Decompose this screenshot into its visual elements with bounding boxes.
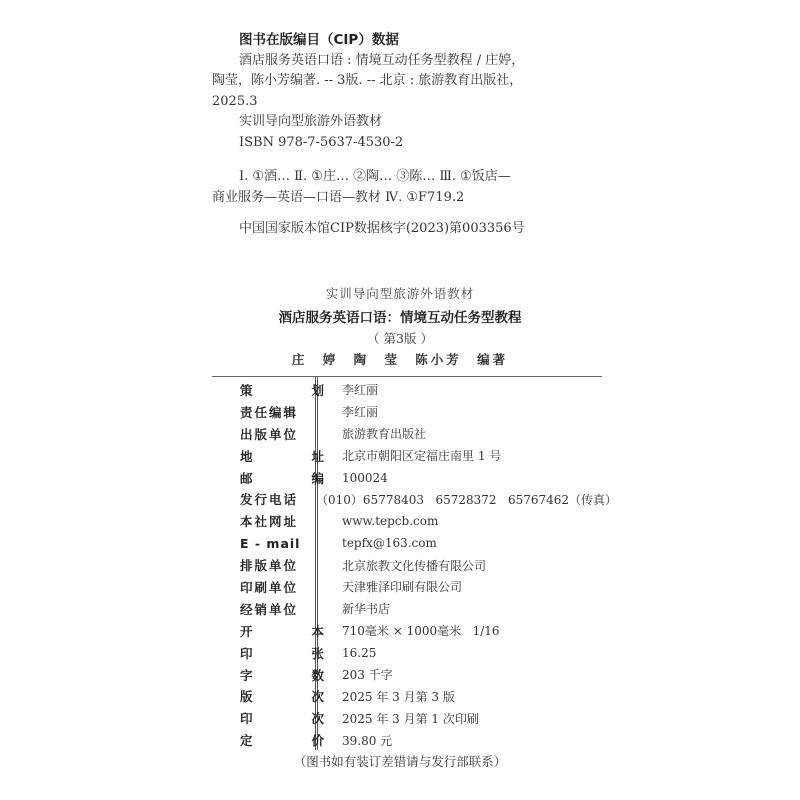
colophon-row-label: 责任编辑 [240,403,324,421]
colophon-label-part: 开 [240,622,253,640]
colophon-row-label: 邮编 [240,469,324,487]
cip-number: 中国国家版本馆CIP数据核字(2023)第003356号 [212,219,562,240]
colophon-row-label: 印次 [240,709,324,727]
colophon-row: 定价39.80 元 [212,729,602,751]
colophon-row: 印次2025 年 3 月第 1 次印刷 [212,707,602,729]
colophon-row-label: 发行电话 [240,490,298,508]
colophon-label-part: E - mail [240,536,300,551]
colophon-label-part: 发行电话 [240,490,298,508]
colophon-label-part: 印 [240,644,253,662]
colophon-label-part: 印 [240,709,253,727]
colophon-row-label: 出版单位 [240,425,324,443]
colophon-label-part: 排版单位 [240,556,298,574]
colophon-row: 地址北京市朝阳区定福庄南里 1 号 [212,445,602,467]
colophon-row: 排版单位北京旅教文化传播有限公司 [212,554,602,576]
colophon-label-part: 经销单位 [240,600,298,618]
colophon-label-part: 张 [311,644,324,662]
cip-isbn: ISBN 978-7-5637-4530-2 [212,133,562,154]
cip-entry-line-3: 2025.3 [212,92,562,113]
colophon-label-part: 价 [311,731,324,749]
colophon-row-label: 策划 [240,381,324,399]
colophon-row-value: 100024 [342,471,388,485]
colophon-row-value: 2025 年 3 月第 3 版 [342,688,455,705]
colophon-row: 发行电话（010）65778403 65728372 65767462（传真） [212,488,602,510]
cip-entry-line-2: 陶莹，陈小芳编著. -- 3版. -- 北京 : 旅游教育出版社， [212,71,562,92]
colophon-row-value: 旅游教育出版社 [342,425,426,442]
colophon-row: 印张16.25 [212,642,602,664]
colophon-row: 策划李红丽 [212,379,602,401]
colophon-row: 邮编100024 [212,467,602,489]
colophon-row-label: 经销单位 [240,600,324,618]
colophon-row-value: 16.25 [342,646,376,660]
colophon-row: 本社网址www.tepcb.com [212,510,602,532]
colophon-label-part: 版 [240,687,253,705]
table-top-rule [212,376,602,377]
colophon-label-part: 址 [311,447,324,465]
colophon-label-part: 地 [240,447,253,465]
colophon-label-part: 出版单位 [240,425,298,443]
colophon-row-label: 本社网址 [240,512,324,530]
colophon-label-part: 次 [311,709,324,727]
colophon-row-label: 地址 [240,447,324,465]
spacer [212,153,562,167]
colophon-label-part: 策 [240,381,253,399]
colophon-row-value: 2025 年 3 月第 1 次印刷 [342,710,479,727]
colophon-row-value: www.tepcb.com [342,514,438,528]
colophon-label-part: 邮 [240,469,253,487]
colophon-row-value: 北京市朝阳区定福庄南里 1 号 [342,447,501,464]
colophon-row-value: 710毫米 × 1000毫米 1/16 [342,622,500,639]
authors-line: 庄 婷 陶 莹 陈小芳 编著 [0,350,800,368]
colophon-row-value: （010）65778403 65728372 65767462（传真） [316,491,617,508]
cip-data-block: 图书在版编目（CIP）数据 酒店服务英语口语 : 情境互动任务型教程 / 庄婷，… [212,30,562,240]
book-title: 酒店服务英语口语：情境互动任务型教程 [0,306,800,326]
colophon-row-value: 北京旅教文化传播有限公司 [342,557,486,574]
colophon-label-part: 责任编辑 [240,403,298,421]
colophon-row-value: 天津雅泽印刷有限公司 [342,578,462,595]
colophon-row-value: 李红丽 [342,381,378,398]
colophon-label-part: 数 [311,666,324,684]
cip-series: 实训导向型旅游外语教材 [212,112,562,133]
colophon-label-part: 次 [311,687,324,705]
colophon-row-label: 印张 [240,644,324,662]
colophon-row-value: tepfx@163.com [342,536,437,550]
colophon-row: E - mailtepfx@163.com [212,532,602,554]
colophon-row-label: 版次 [240,687,324,705]
colophon-label-part: 编 [311,469,324,487]
cip-title: 图书在版编目（CIP）数据 [212,30,562,51]
colophon-label-part: 划 [311,381,324,399]
colophon-row: 开本710毫米 × 1000毫米 1/16 [212,620,602,642]
colophon-row: 责任编辑李红丽 [212,401,602,423]
series-name: 实训导向型旅游外语教材 [0,284,800,302]
colophon-row-value: 39.80 元 [342,732,392,749]
colophon-label-part: 本 [311,622,324,640]
spacer [212,208,562,219]
colophon-row-label: 定价 [240,731,324,749]
colophon-row: 字数203 千字 [212,664,602,686]
footer-note: （图书如有装订差错请与发行部联系） [0,752,800,770]
colophon-row: 出版单位旅游教育出版社 [212,423,602,445]
colophon-label-part: 本社网址 [240,512,298,530]
colophon-row-value: 新华书店 [342,600,390,617]
colophon-row: 版次2025 年 3 月第 3 版 [212,685,602,707]
colophon-row-label: 印刷单位 [240,578,324,596]
colophon-table: 策划李红丽责任编辑李红丽出版单位旅游教育出版社地址北京市朝阳区定福庄南里 1 号… [212,379,602,751]
cip-classification-line-1: Ⅰ. ①酒… Ⅱ. ①庄… ②陶… ③陈… Ⅲ. ①饭店— [212,167,562,188]
colophon-row-value: 李红丽 [342,403,378,420]
edition-label: （ 第3版 ） [0,329,800,347]
colophon-row-label: 排版单位 [240,556,324,574]
cip-entry-line-1: 酒店服务英语口语 : 情境互动任务型教程 / 庄婷， [212,51,562,72]
colophon-row-label: 字数 [240,666,324,684]
colophon-row-value: 203 千字 [342,666,393,683]
colophon-row-label: 开本 [240,622,324,640]
cip-classification-line-2: 商业服务—英语—口语—教材 Ⅳ. ①F719.2 [212,188,562,209]
colophon-row-label: E - mail [240,536,324,551]
colophon-row: 印刷单位天津雅泽印刷有限公司 [212,576,602,598]
colophon-label-part: 印刷单位 [240,578,298,596]
colophon-label-part: 定 [240,731,253,749]
colophon-row: 经销单位新华书店 [212,598,602,620]
colophon-label-part: 字 [240,666,253,684]
